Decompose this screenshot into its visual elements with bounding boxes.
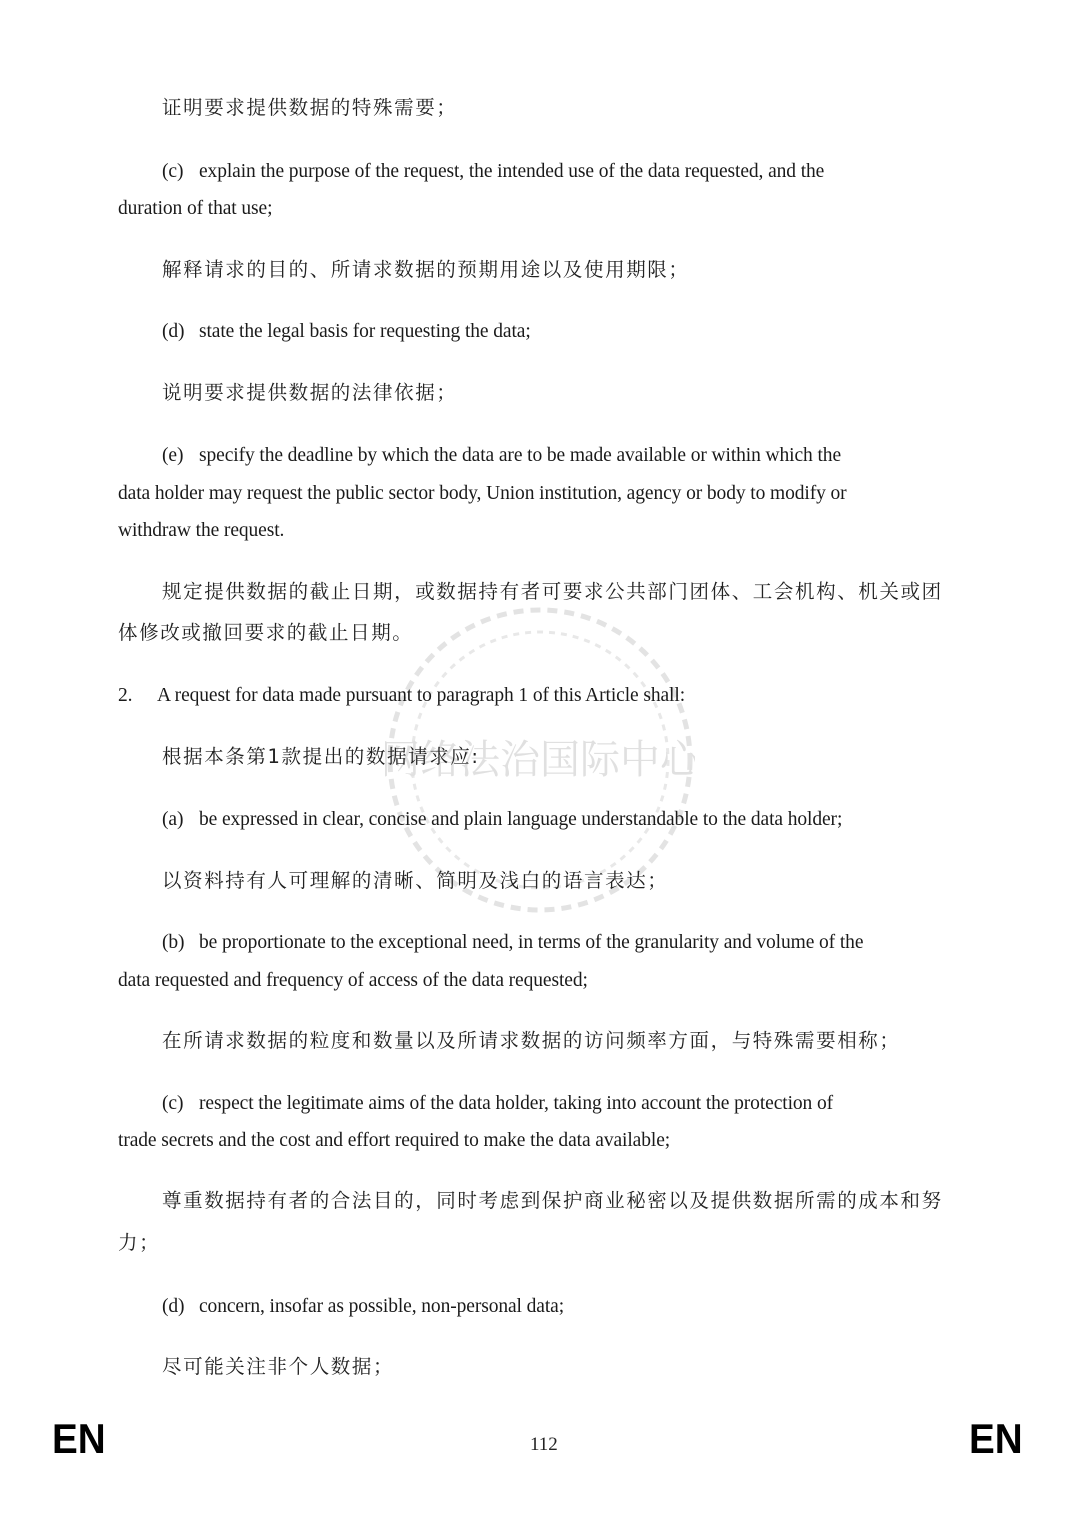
paragraph-number: 2. xyxy=(118,684,157,708)
text-line: duration of that use; xyxy=(118,197,272,221)
paragraph-2-heading: 2.A request for data made pursuant to pa… xyxy=(118,684,685,708)
text-line: trade secrets and the cost and effort re… xyxy=(118,1129,670,1153)
list-label: (c) xyxy=(162,1092,199,1116)
text-line: 证明要求提供数据的特殊需要； xyxy=(162,96,457,120)
text-line: be proportionate to the exceptional need… xyxy=(199,932,863,953)
list-label: (b) xyxy=(162,931,199,955)
text-line: data requested and frequency of access o… xyxy=(118,969,588,993)
list-item-c-purpose: (c)explain the purpose of the request, t… xyxy=(162,160,824,184)
text-line: 尊重数据持有者的合法目的，同时考虑到保护商业秘密以及提供数据所需的成本和努 xyxy=(162,1189,943,1213)
text-line: 规定提供数据的截止日期，或数据持有者可要求公共部门团体、工会机构、机关或团 xyxy=(162,580,943,604)
footer-language-right: EN xyxy=(969,1417,1023,1461)
text-line: be expressed in clear, concise and plain… xyxy=(199,809,842,830)
list-label: (e) xyxy=(162,444,199,468)
text-line: state the legal basis for requesting the… xyxy=(199,321,531,342)
list-label: (d) xyxy=(162,1295,199,1319)
text-line: concern, insofar as possible, non-person… xyxy=(199,1296,564,1317)
text-line: 在所请求数据的粒度和数量以及所请求数据的访问频率方面，与特殊需要相称； xyxy=(162,1029,901,1053)
list-item-a-plain-language: (a)be expressed in clear, concise and pl… xyxy=(162,808,842,832)
text-line: 说明要求提供数据的法律依据； xyxy=(162,381,457,405)
text-line: 以资料持有人可理解的清晰、简明及浅白的语言表达； xyxy=(162,869,668,893)
text-line: 尽可能关注非个人数据； xyxy=(162,1355,394,1379)
list-item-d-non-personal: (d)concern, insofar as possible, non-per… xyxy=(162,1295,564,1319)
list-label: (a) xyxy=(162,808,199,832)
text-line: explain the purpose of the request, the … xyxy=(199,161,824,182)
text-line: specify the deadline by which the data a… xyxy=(199,445,841,466)
list-label: (c) xyxy=(162,160,199,184)
list-item-b-proportionate: (b)be proportionate to the exceptional n… xyxy=(162,931,863,955)
text-line: 解释请求的目的、所请求数据的预期用途以及使用期限； xyxy=(162,258,690,282)
list-item-d-legal-basis: (d)state the legal basis for requesting … xyxy=(162,320,531,344)
text-line: 根据本条第1款提出的数据请求应: xyxy=(162,745,480,769)
footer-language-left: EN xyxy=(52,1417,106,1461)
text-line: respect the legitimate aims of the data … xyxy=(199,1093,833,1114)
text-line: A request for data made pursuant to para… xyxy=(157,685,685,706)
list-label: (d) xyxy=(162,320,199,344)
text-line: 力； xyxy=(118,1231,160,1255)
page-number: 112 xyxy=(530,1434,558,1456)
text-line: data holder may request the public secto… xyxy=(118,482,847,506)
list-item-e-deadline: (e)specify the deadline by which the dat… xyxy=(162,444,841,468)
list-item-c-legitimate-aims: (c)respect the legitimate aims of the da… xyxy=(162,1092,833,1116)
text-line: withdraw the request. xyxy=(118,519,284,543)
text-line: 体修改或撤回要求的截止日期。 xyxy=(118,621,413,645)
